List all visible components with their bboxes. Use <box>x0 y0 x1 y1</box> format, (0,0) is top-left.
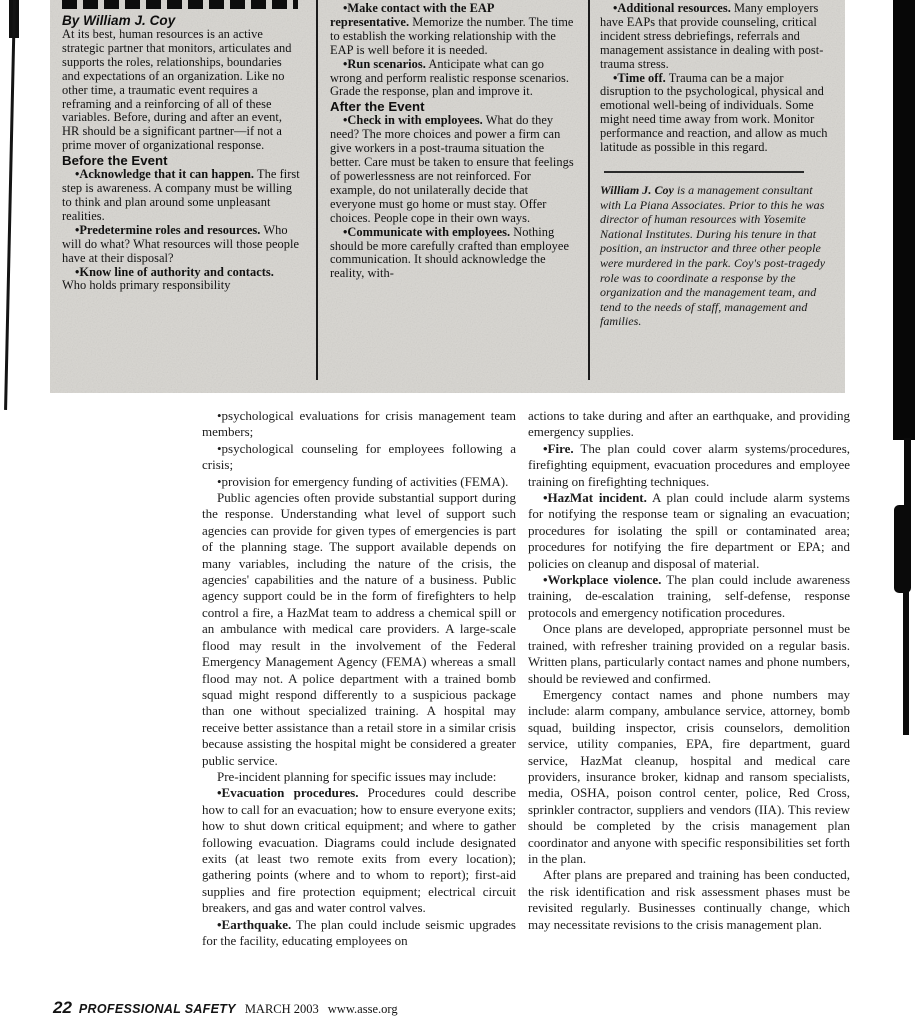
intro-paragraph: At its best, human resources is an activ… <box>62 28 300 153</box>
author-bio: William J. Coy is a management consultan… <box>600 183 834 329</box>
bullet-item: •HazMat incident. A plan could include a… <box>528 490 850 572</box>
bullet-item: •Predetermine roles and resources. Who w… <box>62 224 300 266</box>
bullet-item: •Fire. The plan could cover alarm system… <box>528 441 850 490</box>
article-paragraph: Emergency contact names and phone number… <box>528 687 850 867</box>
article-paragraph: Once plans are developed, appropriate pe… <box>528 621 850 687</box>
list-item: •provision for emergency funding of acti… <box>202 474 516 490</box>
cropped-headline-fragment <box>62 0 298 9</box>
scan-edge-line-left <box>4 0 16 410</box>
byline: By William J. Coy <box>62 13 300 28</box>
list-item: •psychological counseling for employees … <box>202 441 516 474</box>
page-footer: 22 PROFESSIONAL SAFETY MARCH 2003 www.as… <box>53 998 398 1018</box>
section-heading-before-event: Before the Event <box>62 153 300 168</box>
website-url: www.asse.org <box>328 1002 398 1017</box>
scan-edge-bar-right <box>893 0 915 440</box>
author-bio-divider <box>604 171 804 173</box>
scan-edge-bar-right <box>904 438 911 510</box>
bullet-item: •Earthquake. The plan could include seis… <box>202 917 516 950</box>
magazine-page: By William J. Coy At its best, human res… <box>0 0 919 1024</box>
article-paragraph: Pre-incident planning for specific issue… <box>202 769 516 785</box>
article-paragraph: Public agencies often provide substantia… <box>202 490 516 769</box>
scan-edge-bar-right <box>903 590 909 735</box>
article-left-column: •psychological evaluations for crisis ma… <box>202 408 516 949</box>
bullet-item: •Run scenarios. Anticipate what can go w… <box>330 58 576 100</box>
section-heading-after-event: After the Event <box>330 99 576 114</box>
article-paragraph: After plans are prepared and training ha… <box>528 867 850 933</box>
bullet-item: •Check in with employees. What do they n… <box>330 114 576 225</box>
bullet-item: •Time off. Trauma can be a major disrupt… <box>600 72 834 155</box>
bullet-item: •Know line of authority and contacts. Wh… <box>62 266 300 294</box>
column-divider <box>588 0 590 380</box>
bullet-item: •Additional resources. Many employers ha… <box>600 2 834 72</box>
page-number: 22 <box>53 998 72 1018</box>
article-paragraph: actions to take during and after an eart… <box>528 408 850 441</box>
clipping-column-3: •Additional resources. Many employers ha… <box>600 0 834 329</box>
list-item: •psychological evaluations for crisis ma… <box>202 408 516 441</box>
scanned-clipping-region: By William J. Coy At its best, human res… <box>50 0 845 393</box>
bullet-item: •Evacuation procedures. Procedures could… <box>202 785 516 916</box>
article-right-column: actions to take during and after an eart… <box>528 408 850 933</box>
bullet-item: •Make contact with the EAP representativ… <box>330 2 576 58</box>
magazine-title: PROFESSIONAL SAFETY <box>79 1002 236 1016</box>
bullet-item: •Communicate with employees. Nothing sho… <box>330 226 576 282</box>
bullet-item: •Workplace violence. The plan could incl… <box>528 572 850 621</box>
scan-edge-bar-right <box>894 505 911 593</box>
bullet-item: •Acknowledge that it can happen. The fir… <box>62 168 300 224</box>
column-divider <box>316 0 318 380</box>
issue-date: MARCH 2003 <box>245 1002 319 1017</box>
clipping-column-2: •Make contact with the EAP representativ… <box>330 0 576 281</box>
clipping-column-1: By William J. Coy At its best, human res… <box>62 0 300 293</box>
